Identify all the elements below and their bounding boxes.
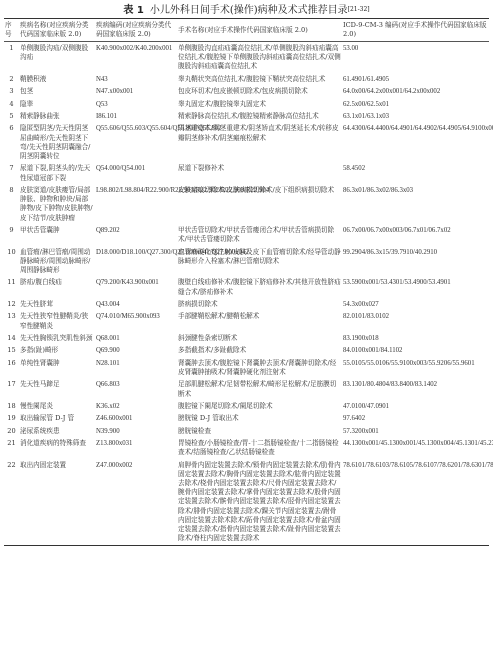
row-disease-name: 多指(趾)畸形 (19, 345, 95, 357)
row-disease-code: N43 (95, 73, 177, 85)
row-operation-name: 胃镜检查/小肠镜检查/胃-十二指肠镜检查/十二指肠镜检查术/结肠镜检查/乙状结肠… (177, 437, 342, 459)
row-disease-name: 先天性脐茸 (19, 298, 95, 310)
row-icd-code: 99.2904/86.3x15/39.7910/40.2910 (342, 246, 489, 277)
row-serial: 8 (4, 184, 19, 224)
row-disease-name: 先天性胸锁乳突肌性斜颈 (19, 332, 95, 344)
row-icd-code: 44.1300x001/45.1300x001/45.1300x004/45.1… (342, 437, 489, 459)
row-operation-name: 阴茎建造术/阴茎重建术/阴茎矫直术/阴茎延长术/转移皮瓣阴茎修补术/阴茎瘢痕松解… (177, 123, 342, 163)
row-icd-code: 06.7x00/06.7x00x003/06.7x01/06.7x02 (342, 224, 489, 246)
row-operation-name: 单侧腹股沟直疝疝囊高位结扎术/单侧腹股沟斜疝疝囊高位结扎术/腹腔镜下单侧腹股沟斜… (177, 42, 342, 73)
table-row: 5精索静脉曲张I86.101精索静脉高位结扎术/腹腔镜精索静脉高位结扎术63.1… (4, 110, 489, 122)
row-icd-code: 78.6101/78.6103/78.6105/78.6107/78.6201/… (342, 459, 489, 546)
row-disease-code: Z46.600x001 (95, 413, 177, 425)
table-row: 15多指(趾)畸形Q69.900多指截指术/多趾截除术84.0100x001/8… (4, 345, 489, 357)
row-serial: 15 (4, 345, 19, 357)
row-operation-name: 睾丸鞘状突高位结扎术/腹腔镜下鞘状突高位结扎术 (177, 73, 342, 85)
row-disease-code: Q79.200/K43.900x001 (95, 277, 177, 299)
row-disease-name: 慢性阑尾炎 (19, 400, 95, 412)
row-disease-code: K40.900x002/K40.200x001 (95, 42, 177, 73)
row-disease-name: 消化道疾病的特殊筛查 (19, 437, 95, 459)
row-disease-code: Q68.001 (95, 332, 177, 344)
row-operation-name: 膀胱镜检查 (177, 425, 342, 437)
row-serial: 6 (4, 123, 19, 163)
table-row: 18慢性阑尾炎K36.x02腹腔镜下阑尾切除术/阑尾切除术47.0100/47.… (4, 400, 489, 412)
row-icd-code: 61.4901/61.4905 (342, 73, 489, 85)
row-icd-code: 57.3200x001 (342, 425, 489, 437)
row-serial: 3 (4, 86, 19, 98)
row-icd-code: 83.1900x018 (342, 332, 489, 344)
row-icd-code: 82.0101/83.0102 (342, 311, 489, 333)
row-disease-name: 甲状舌管囊肿 (19, 224, 95, 246)
row-serial: 19 (4, 413, 19, 425)
row-icd-code: 84.0100x001/84.1102 (342, 345, 489, 357)
row-icd-code: 62.5x00/62.5x01 (342, 98, 489, 110)
header-disease-code: 疾病编码(对应疾病分类代码国家临床版 2.0) (95, 19, 177, 42)
table-row: 10血管瘤/淋巴管瘤/周围动静脉畸形/周围动脉畸形/周围静脉畸形D18.000/… (4, 246, 489, 277)
row-icd-code: 86.3x01/86.3x02/86.3x03 (342, 184, 489, 224)
row-operation-name: 足部肌腱松解术/足韧带松解术/畸形足松解术/足筋膜切断术 (177, 379, 342, 401)
row-serial: 10 (4, 246, 19, 277)
row-disease-code: Q66.803 (95, 379, 177, 401)
row-operation-name: 精索静脉高位结扎术/腹腔镜精索静脉高位结扎术 (177, 110, 342, 122)
table-row: 6隐匿型阴茎/先天性阴茎屈曲畸形/先天性阴茎下弯/先天性阴茎阴囊融合/阴茎阴囊转… (4, 123, 489, 163)
table-row: 2鞘膜积液N43睾丸鞘状突高位结扎术/腹腔镜下鞘状突高位结扎术61.4901/6… (4, 73, 489, 85)
row-disease-code: Z47.000x002 (95, 459, 177, 546)
row-disease-name: 取出输尿管 D-J 管 (19, 413, 95, 425)
row-disease-name: 皮肤窦道/皮肤瘘管/局部肿胀、肿物和肿块/局部肿物/皮下肿物/皮肤肿物/皮下结节… (19, 184, 95, 224)
row-operation-name: 尿道下裂修补术 (177, 163, 342, 185)
row-operation-name: 睾丸固定术/腹腔镜睾丸固定术 (177, 98, 342, 110)
row-disease-code: Q54.000/Q54.001 (95, 163, 177, 185)
row-serial: 13 (4, 311, 19, 333)
row-disease-name: 精索静脉曲张 (19, 110, 95, 122)
row-operation-name: 包皮环切术/包皮嵌顿切除术/包皮病损切除术 (177, 86, 342, 98)
table-row: 8皮肤窦道/皮肤瘘管/局部肿胀、肿物和肿块/局部肿物/皮下肿物/皮肤肿物/皮下结… (4, 184, 489, 224)
row-operation-name: 皮肤瘢痕切除术/皮肤病损切除术/皮下组织病损切除术 (177, 184, 342, 224)
row-disease-name: 鞘膜积液 (19, 73, 95, 85)
row-serial: 17 (4, 379, 19, 401)
row-icd-code: 83.1301/80.4804/83.8400/83.1402 (342, 379, 489, 401)
row-operation-name: 手部腱鞘松解术/腱鞘松解术 (177, 311, 342, 333)
row-disease-code: Q43.004 (95, 298, 177, 310)
row-serial: 7 (4, 163, 19, 185)
row-disease-code: N28.101 (95, 357, 177, 379)
row-icd-code: 47.0100/47.0901 (342, 400, 489, 412)
row-serial: 11 (4, 277, 19, 299)
row-disease-code: Q74.010/M65.900x093 (95, 311, 177, 333)
row-icd-code: 53.00 (342, 42, 489, 73)
row-serial: 1 (4, 42, 19, 73)
table-header-row: 序号 疾病名称(对应疾病分类代码国家临床版 2.0) 疾病编码(对应疾病分类代码… (4, 19, 489, 42)
row-serial: 18 (4, 400, 19, 412)
row-serial: 14 (4, 332, 19, 344)
row-operation-name: 肩胛骨内固定装置去除术/锁骨内固定装置去除术/肋骨内固定装置去除术/胸骨内固定装… (177, 459, 342, 546)
header-serial: 序号 (4, 19, 19, 42)
row-disease-code: L98.802/L98.804/R22.900/R22.901/R22.902/… (95, 184, 177, 224)
row-disease-name: 尿道下裂,阴茎头的/先天性尿道冠部下裂 (19, 163, 95, 185)
row-operation-name: 血管瘤硬化剂注射/皮肤及皮下血管瘤切除术/经导管动静脉畸形介入栓塞术/淋巴管瘤切… (177, 246, 342, 277)
row-operation-name: 肾囊肿去顶术/腹腔镜下肾囊肿去顶术/肾囊肿切除术/经皮肾囊肿抽吸术/肾囊肿硬化剂… (177, 357, 342, 379)
row-operation-name: 腹壁白线疝修补术/腹腔镜下脐疝修补术/其他开放性脐疝缝合术/脐疝修补术 (177, 277, 342, 299)
row-icd-code: 64.0x00/64.2x00x001/64.2x00x002 (342, 86, 489, 98)
row-serial: 2 (4, 73, 19, 85)
document-page: 表 1小儿外科日间手术(操作)病种及术式推荐目录[21-32] 序号 疾病名称(… (0, 0, 493, 546)
row-operation-name: 多指截指术/多趾截除术 (177, 345, 342, 357)
row-disease-code: I86.101 (95, 110, 177, 122)
table-label: 表 1 (123, 5, 143, 16)
row-operation-name: 膀胱镜 D-J 管取出术 (177, 413, 342, 425)
table-row: 14先天性胸锁乳突肌性斜颈Q68.001斜颈腱性条索切断术83.1900x018 (4, 332, 489, 344)
row-serial: 16 (4, 357, 19, 379)
row-disease-name: 先天性狭窄性腱鞘炎/狭窄性腱鞘炎 (19, 311, 95, 333)
row-operation-name: 甲状舌管切除术/甲状舌管瘘闭合术/甲状舌管病损切除术/甲状舌管瘘切除术 (177, 224, 342, 246)
row-serial: 12 (4, 298, 19, 310)
row-serial: 4 (4, 98, 19, 110)
row-operation-name: 脐病损切除术 (177, 298, 342, 310)
row-disease-code: Q53 (95, 98, 177, 110)
row-disease-code: D18.000/D18.100/Q27.300/Q27.800x041/Q27.… (95, 246, 177, 277)
table-title: 小儿外科日间手术(操作)病种及术式推荐目录 (150, 5, 348, 16)
row-icd-code: 63.1x01/63.1x03 (342, 110, 489, 122)
row-disease-name: 单侧腹股沟疝/双侧腹股沟疝 (19, 42, 95, 73)
table-row: 17先天性马蹄足Q66.803足部肌腱松解术/足韧带松解术/畸形足松解术/足筋膜… (4, 379, 489, 401)
row-icd-code: 64.4300/64.4400/64.4901/64.4902/64.4905/… (342, 123, 489, 163)
table-row: 13先天性狭窄性腱鞘炎/狭窄性腱鞘炎Q74.010/M65.900x093手部腱… (4, 311, 489, 333)
table-row: 3包茎N47.x00x001包皮环切术/包皮嵌顿切除术/包皮病损切除术64.0x… (4, 86, 489, 98)
table-row: 20泌尿系统疾患N39.900膀胱镜检查57.3200x001 (4, 425, 489, 437)
header-disease-name: 疾病名称(对应疾病分类代码国家临床版 2.0) (19, 19, 95, 42)
row-icd-code: 55.0105/55.0106/55.9100x003/55.9206/55.9… (342, 357, 489, 379)
citation-ref: [21-32] (348, 6, 370, 13)
table-row: 7尿道下裂,阴茎头的/先天性尿道冠部下裂Q54.000/Q54.001尿道下裂修… (4, 163, 489, 185)
table-row: 22取出内固定装置Z47.000x002肩胛骨内固定装置去除术/锁骨内固定装置去… (4, 459, 489, 546)
row-serial: 5 (4, 110, 19, 122)
row-disease-code: N47.x00x001 (95, 86, 177, 98)
row-disease-code: Q89.202 (95, 224, 177, 246)
row-icd-code: 53.5900x001/53.4301/53.4900/53.4901 (342, 277, 489, 299)
row-disease-name: 隐睾 (19, 98, 95, 110)
row-serial: 9 (4, 224, 19, 246)
header-operation-name: 手术名称(对应手术操作代码国家临床版 2.0) (177, 19, 342, 42)
row-disease-code: Q55.606/Q55.603/Q55.604/Q55.801/Q55.802 (95, 123, 177, 163)
row-disease-code: N39.900 (95, 425, 177, 437)
table-row: 11脐疝/腹白线疝Q79.200/K43.900x001腹壁白线疝修补术/腹腔镜… (4, 277, 489, 299)
row-icd-code: 97.6402 (342, 413, 489, 425)
row-serial: 20 (4, 425, 19, 437)
row-disease-name: 先天性马蹄足 (19, 379, 95, 401)
table-row: 16单纯性肾囊肿N28.101肾囊肿去顶术/腹腔镜下肾囊肿去顶术/肾囊肿切除术/… (4, 357, 489, 379)
header-icd-code: ICD-9-CM-3 编码(对应手术操作代码国家临床版 2.0) (342, 19, 489, 42)
row-disease-name: 血管瘤/淋巴管瘤/周围动静脉畸形/周围动脉畸形/周围静脉畸形 (19, 246, 95, 277)
row-icd-code: 58.4502 (342, 163, 489, 185)
table-caption: 表 1小儿外科日间手术(操作)病种及术式推荐目录[21-32] (4, 4, 489, 18)
row-disease-name: 脐疝/腹白线疝 (19, 277, 95, 299)
table-row: 19取出输尿管 D-J 管Z46.600x001膀胱镜 D-J 管取出术97.6… (4, 413, 489, 425)
table-row: 21消化道疾病的特殊筛查Z13.800x031胃镜检查/小肠镜检查/胃-十二指肠… (4, 437, 489, 459)
row-operation-name: 斜颈腱性条索切断术 (177, 332, 342, 344)
row-operation-name: 腹腔镜下阑尾切除术/阑尾切除术 (177, 400, 342, 412)
recommendation-table: 序号 疾病名称(对应疾病分类代码国家临床版 2.0) 疾病编码(对应疾病分类代码… (4, 18, 489, 546)
row-disease-name: 取出内固定装置 (19, 459, 95, 546)
table-row: 1单侧腹股沟疝/双侧腹股沟疝K40.900x002/K40.200x001单侧腹… (4, 42, 489, 73)
row-disease-code: Z13.800x031 (95, 437, 177, 459)
row-icd-code: 54.3x00x027 (342, 298, 489, 310)
row-disease-name: 隐匿型阴茎/先天性阴茎屈曲畸形/先天性阴茎下弯/先天性阴茎阴囊融合/阴茎阴囊转位 (19, 123, 95, 163)
row-disease-code: Q69.900 (95, 345, 177, 357)
table-row: 9甲状舌管囊肿Q89.202甲状舌管切除术/甲状舌管瘘闭合术/甲状舌管病损切除术… (4, 224, 489, 246)
row-disease-name: 泌尿系统疾患 (19, 425, 95, 437)
row-disease-name: 单纯性肾囊肿 (19, 357, 95, 379)
table-body: 1单侧腹股沟疝/双侧腹股沟疝K40.900x002/K40.200x001单侧腹… (4, 42, 489, 546)
row-disease-code: K36.x02 (95, 400, 177, 412)
row-serial: 21 (4, 437, 19, 459)
row-serial: 22 (4, 459, 19, 546)
table-row: 12先天性脐茸Q43.004脐病损切除术54.3x00x027 (4, 298, 489, 310)
row-disease-name: 包茎 (19, 86, 95, 98)
table-row: 4隐睾Q53睾丸固定术/腹腔镜睾丸固定术62.5x00/62.5x01 (4, 98, 489, 110)
